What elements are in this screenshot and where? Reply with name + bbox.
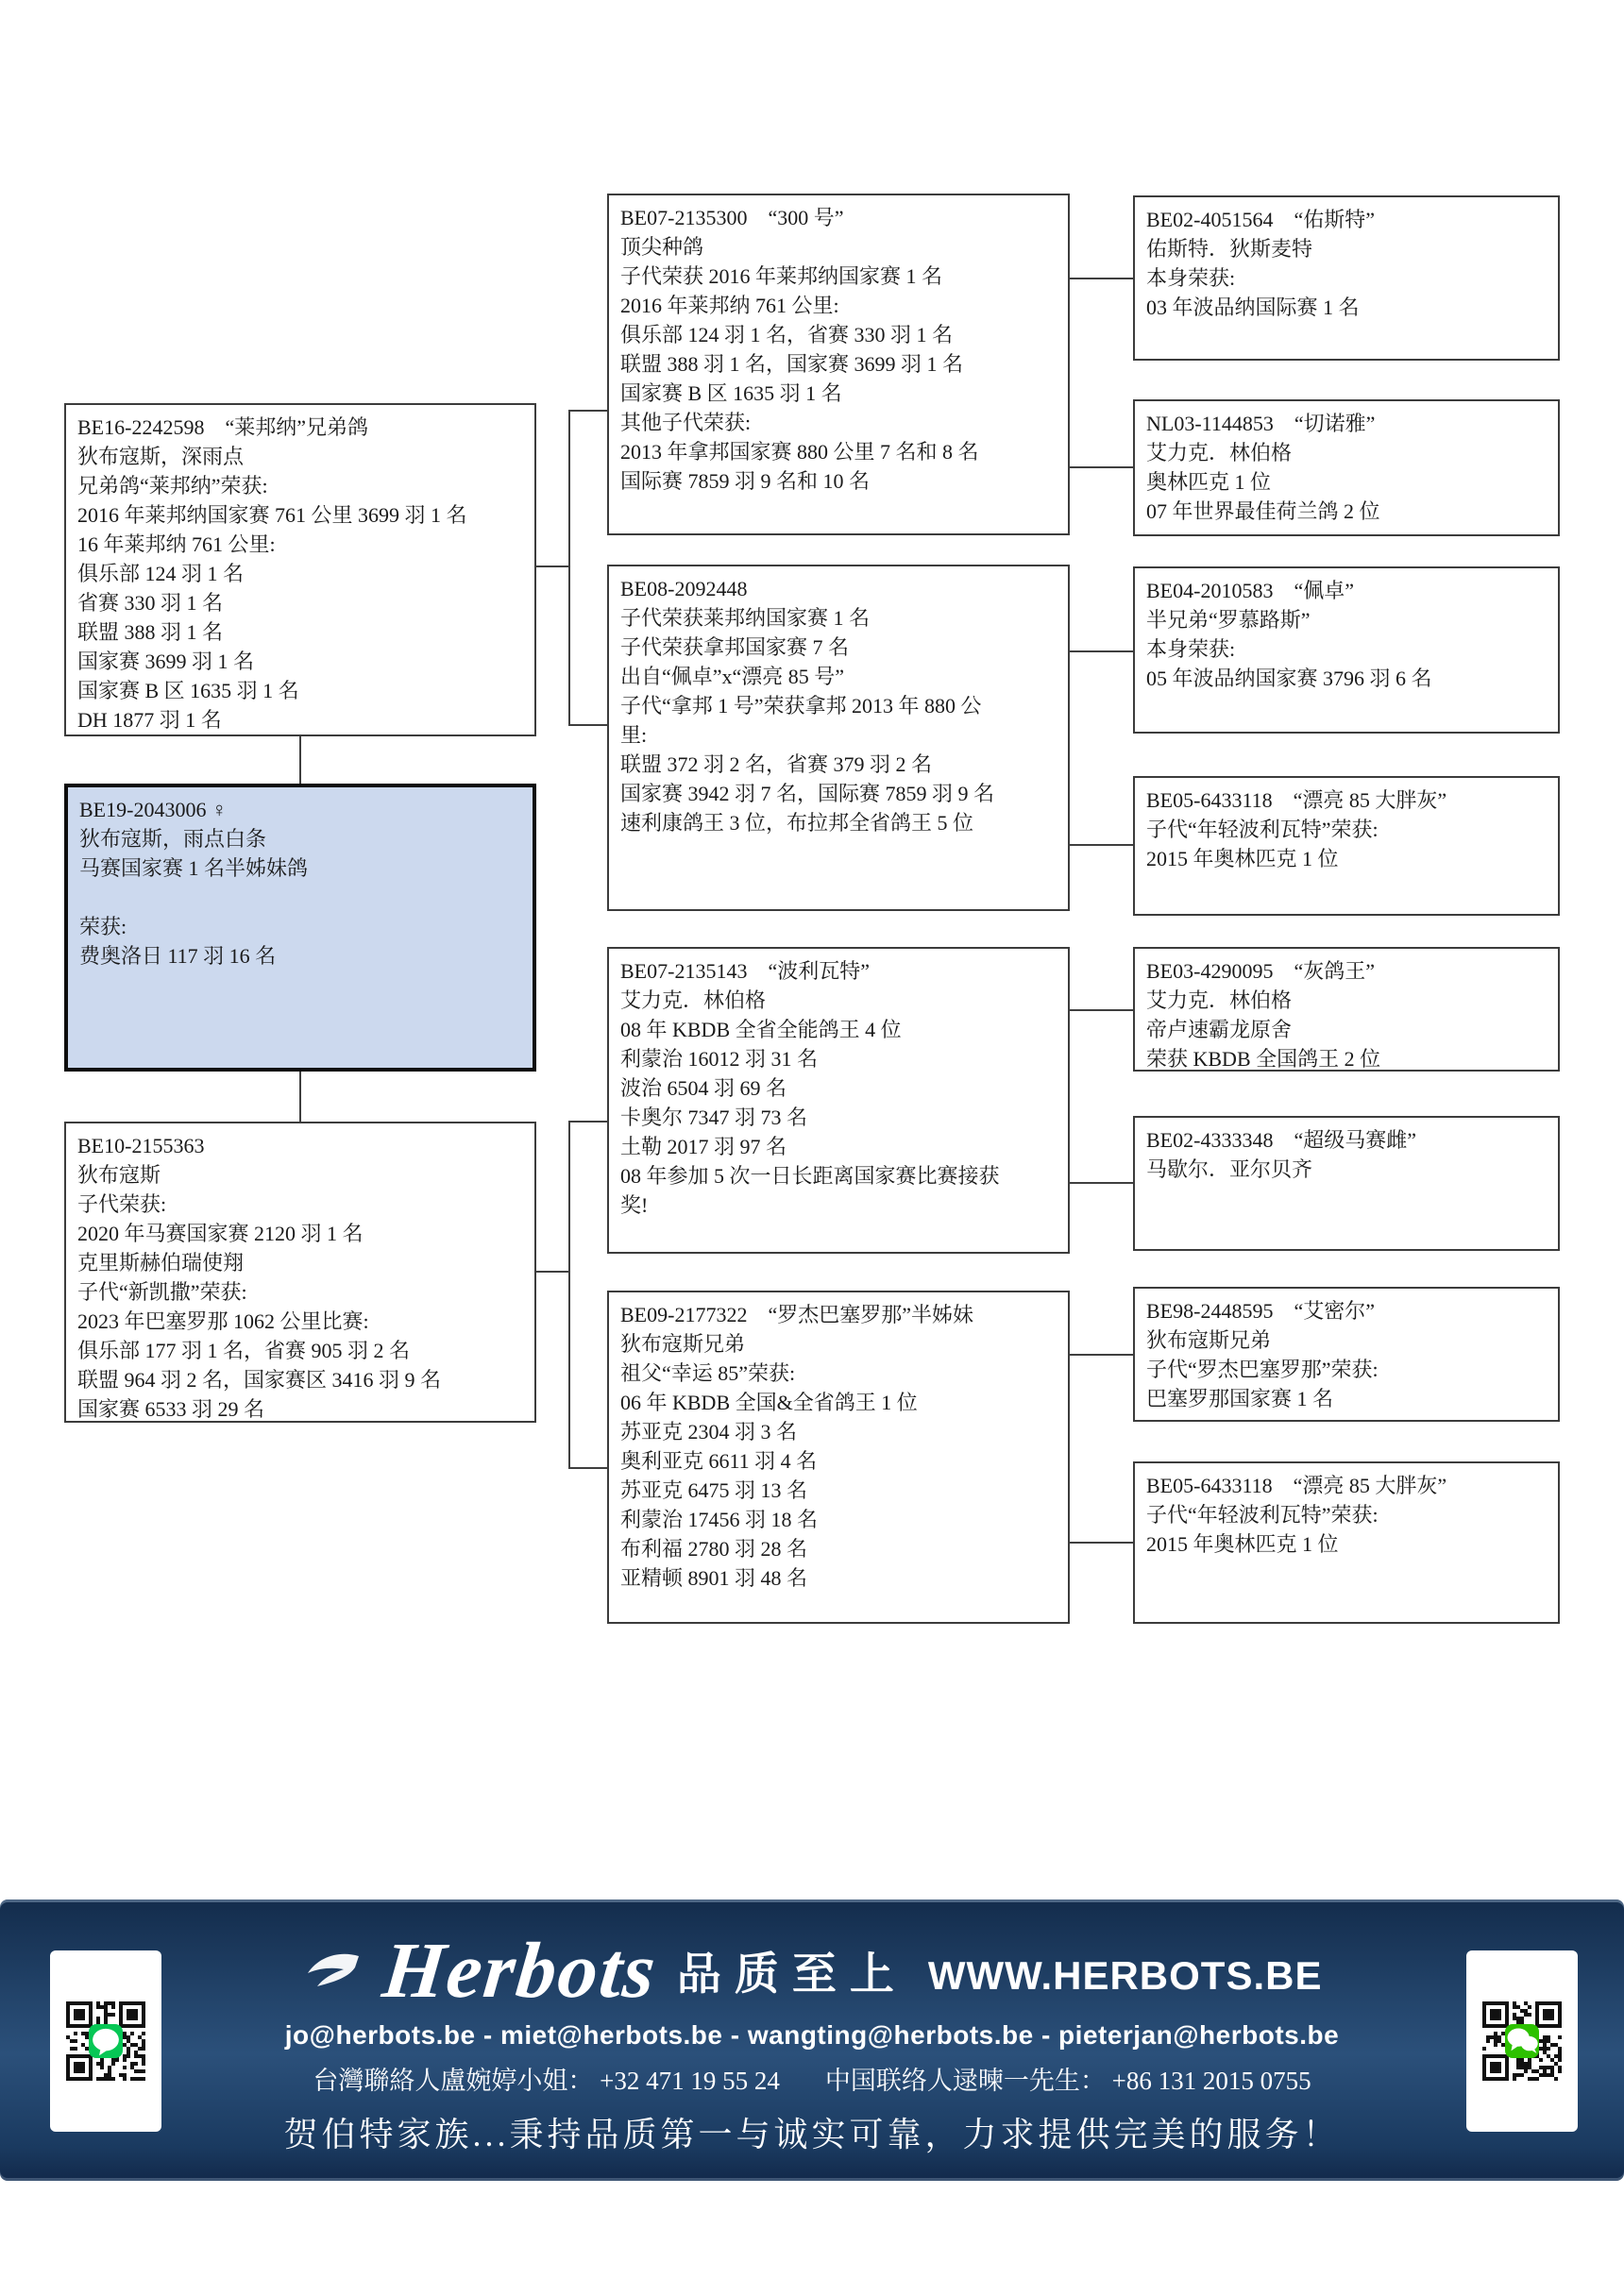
pedigree-page: BE16-2242598 “莱邦纳”兄弟鸽狄布寇斯，深雨点兄弟鸽“莱邦纳”荣获:… [0,0,1624,2296]
pedigree-box-be05-a: BE05-6433118 “漂亮 85 大胖灰”子代“年轻波利瓦特”荣获:201… [1133,776,1560,916]
pedigree-box-be09: BE09-2177322 “罗杰巴塞罗那”半姊妹狄布寇斯兄弟祖父“幸运 85”荣… [607,1291,1070,1624]
connector-line [568,1121,607,1123]
connector-line [568,1121,570,1469]
connector-line [536,566,570,567]
contact-phones: 台灣聯絡人盧婉婷小姐： +32 471 19 55 24 中国联络人逯暕一先生：… [283,2060,1341,2097]
pedigree-box-be04: BE04-2010583 “佩卓”半兄弟“罗慕路斯”本身荣获:05 年波品纳国家… [1133,566,1560,734]
contact-china: 中国联络人逯暕一先生： +86 131 2015 0755 [825,2060,1311,2097]
connector-line [299,1072,301,1122]
connector-line [1070,1542,1133,1544]
pedigree-box-be07-bolivar: BE07-2135143 “波利瓦特”艾力克．林伯格08 年 KBDB 全省全能… [607,947,1070,1254]
contact-taiwan: 台灣聯絡人盧婉婷小姐： +32 471 19 55 24 [313,2060,779,2097]
pedigree-box-be07-300: BE07-2135300 “300 号”顶尖种鸽子代荣获 2016 年莱邦纳国家… [607,194,1070,535]
connector-line [1070,1182,1133,1184]
contact-emails[interactable]: jo@herbots.be - miet@herbots.be - wangti… [283,2020,1341,2051]
pedigree-box-be98: BE98-2448595 “艾密尔”狄布寇斯兄弟子代“罗杰巴塞罗那”荣获:巴塞罗… [1133,1287,1560,1422]
pedigree-box-be02-joost: BE02-4051564 “佑斯特”佑斯特．狄斯麦特本身荣获:03 年波品纳国际… [1133,195,1560,361]
pedigree-box-nl03: NL03-1144853 “切诺雅”艾力克．林伯格奥林匹克 1 位07 年世界最… [1133,399,1560,536]
brand-row: Herbots 品质至上 WWW.HERBOTS.BE [283,1926,1341,2017]
qr-code-wechat [1466,1950,1578,2132]
subject-box-be19: BE19-2043006 ♀狄布寇斯，雨点白条马赛国家赛 1 名半姊妹鸽 荣获:… [64,784,536,1072]
connector-line [1070,844,1133,846]
connector-line [1070,1354,1133,1356]
pedigree-box-be05-b: BE05-6433118 “漂亮 85 大胖灰”子代“年轻波利瓦特”荣获:201… [1133,1461,1560,1624]
footer-tagline: 贺伯特家族...秉持品质第一与诚实可靠，力求提供完美的服务！ [283,2108,1341,2156]
wechat-icon [1505,2024,1539,2058]
connector-line [1070,466,1133,468]
line-app-icon [89,2024,123,2058]
footer-banner: Herbots 品质至上 WWW.HERBOTS.BE jo@herbots.b… [0,1899,1624,2181]
connector-line [568,410,570,726]
connector-line [568,410,607,412]
connector-line [1070,650,1133,652]
connector-line [1070,1009,1133,1011]
pedigree-box-be02-marseille: BE02-4333348 “超级马赛雌”马歇尔．亚尔贝齐 [1133,1116,1560,1251]
connector-line [299,736,301,784]
connector-line [568,724,607,726]
pedigree-box-be03: BE03-4290095 “灰鸽王”艾力克．林伯格帝卢速霸龙原舍荣获 KBDB … [1133,947,1560,1072]
pedigree-box-be08: BE08-2092448子代荣获莱邦纳国家赛 1 名子代荣获拿邦国家赛 7 名出… [607,565,1070,911]
website-url[interactable]: WWW.HERBOTS.BE [928,1947,1323,1996]
pedigree-box-sire-be16: BE16-2242598 “莱邦纳”兄弟鸽狄布寇斯，深雨点兄弟鸽“莱邦纳”荣获:… [64,403,536,736]
footer-center: Herbots 品质至上 WWW.HERBOTS.BE jo@herbots.b… [283,1926,1341,2156]
connector-line [568,1467,607,1469]
brand-logo: Herbots [379,1932,660,2011]
connector-line [1070,278,1133,279]
pedigree-box-dam-be10: BE10-2155363狄布寇斯子代荣获:2020 年马赛国家赛 2120 羽 … [64,1122,536,1423]
connector-line [536,1271,570,1273]
wing-icon [302,1949,363,1994]
qr-code-line [50,1950,161,2132]
brand-slogan: 品质至上 [677,1946,907,1998]
